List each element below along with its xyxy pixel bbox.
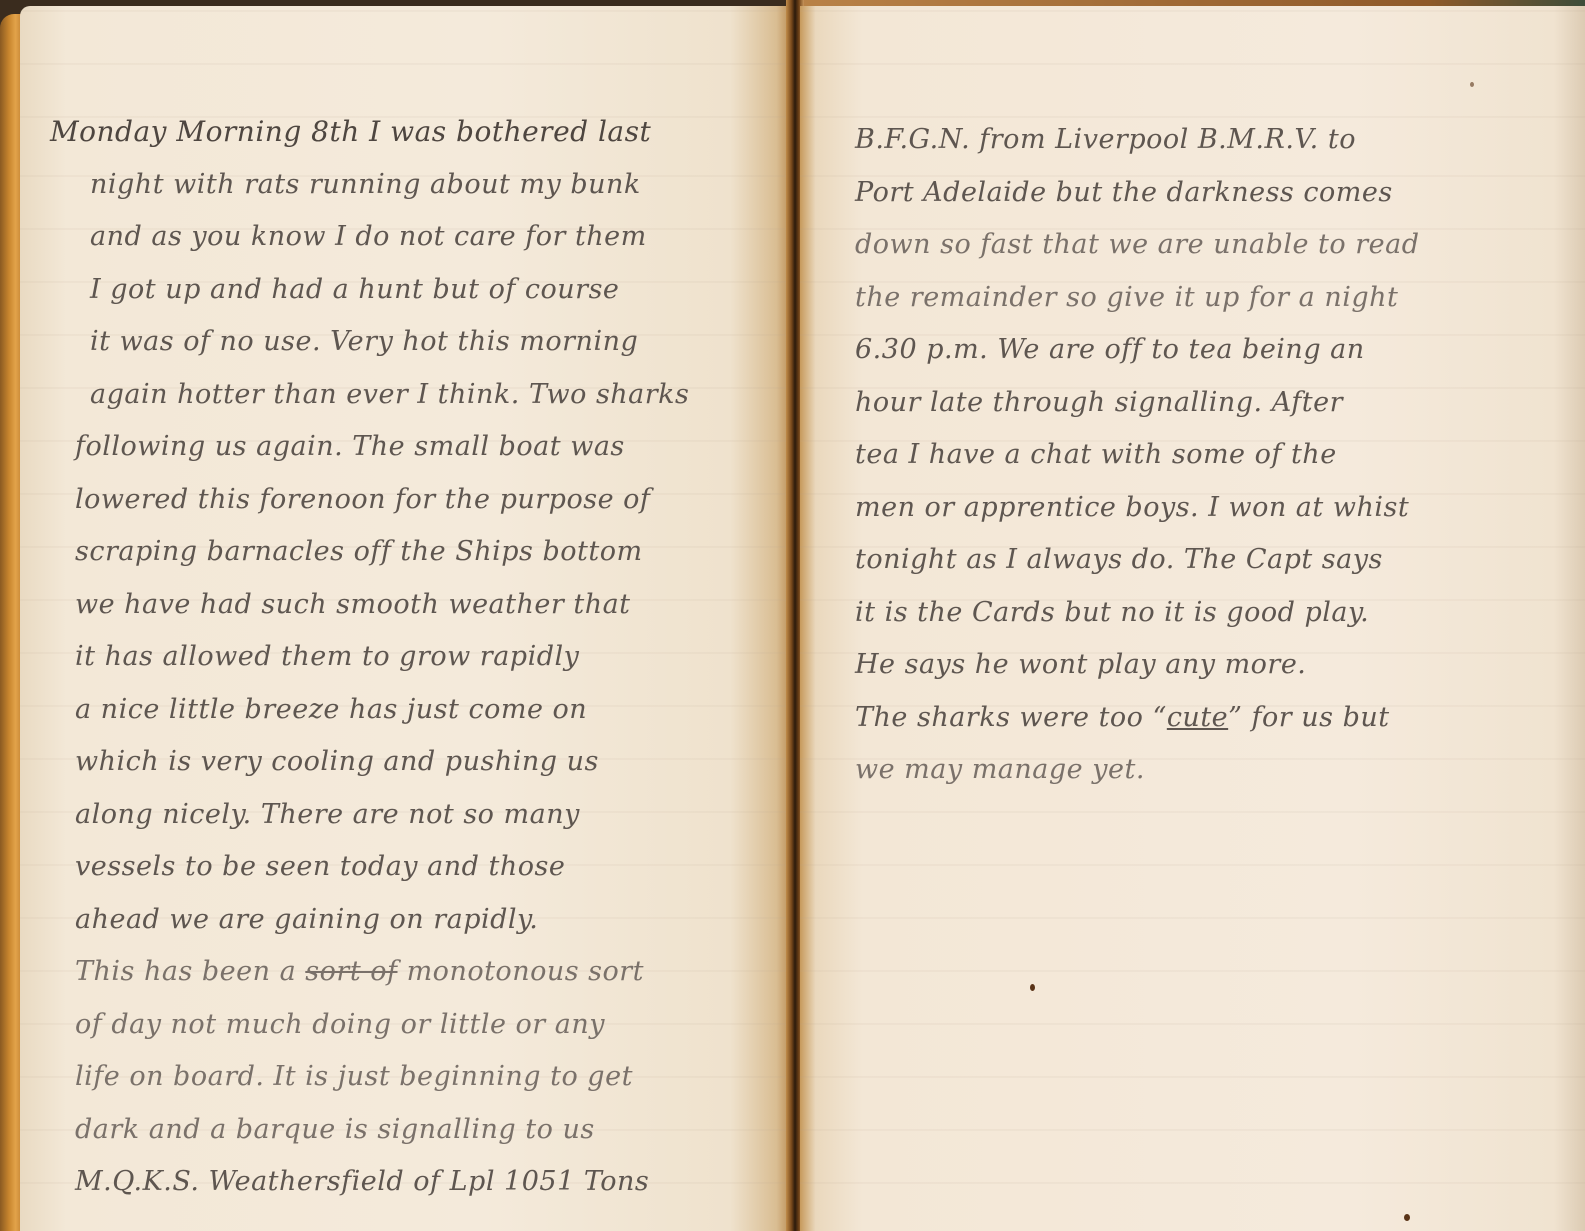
open-notebook: Monday Morning 8th I was bothered last n…	[0, 0, 1585, 1231]
diary-line: which is very cooling and pushing us	[50, 736, 785, 789]
diary-line: following us again. The small boat was	[50, 421, 785, 474]
diary-line: men or apprentice boys. I won at whist	[855, 482, 1565, 535]
underlined-text: cute	[1167, 702, 1228, 733]
diary-line: Port Adelaide but the darkness comes	[855, 167, 1565, 220]
diary-line: hour late through signalling. After	[855, 377, 1565, 430]
diary-line: night with rats running about my bunk	[50, 159, 785, 212]
diary-line: dark and a barque is signalling to us	[50, 1104, 785, 1157]
diary-line: we have had such smooth weather that	[50, 579, 785, 632]
diary-line: along nicely. There are not so many	[50, 789, 785, 842]
left-page-text: Monday Morning 8th I was bothered last n…	[50, 106, 785, 1209]
diary-line: tonight as I always do. The Capt says	[855, 534, 1565, 587]
line-text: The sharks were too “	[855, 702, 1167, 733]
diary-line: and as you know I do not care for them	[50, 211, 785, 264]
diary-line: we may manage yet.	[855, 744, 1565, 797]
diary-line: tea I have a chat with some of the	[855, 429, 1565, 482]
diary-line: lowered this forenoon for the purpose of	[50, 474, 785, 527]
diary-line: it has allowed them to grow rapidly	[50, 631, 785, 684]
line-text: monotonous sort	[398, 956, 645, 987]
diary-line: down so fast that we are unable to read	[855, 219, 1565, 272]
diary-line: M.Q.K.S. Weathersfield of Lpl 1051 Tons	[50, 1156, 785, 1209]
diary-line: a nice little breeze has just come on	[50, 684, 785, 737]
diary-line: vessels to be seen today and those	[50, 841, 785, 894]
diary-line: Monday Morning 8th I was bothered last	[50, 106, 785, 159]
diary-line-with-underline: The sharks were too “cute” for us but	[855, 692, 1565, 745]
ink-spot	[1030, 984, 1035, 991]
ink-spot	[1470, 82, 1474, 87]
diary-line: again hotter than ever I think. Two shar…	[50, 369, 785, 422]
diary-line: life on board. It is just beginning to g…	[50, 1051, 785, 1104]
diary-line-with-strikeout: This has been a sort of monotonous sort	[50, 946, 785, 999]
diary-line: ahead we are gaining on rapidly.	[50, 894, 785, 947]
diary-line: of day not much doing or little or any	[50, 999, 785, 1052]
struck-out-text: sort of	[305, 956, 397, 987]
diary-line: the remainder so give it up for a night	[855, 272, 1565, 325]
left-page: Monday Morning 8th I was bothered last n…	[20, 6, 792, 1231]
diary-line: 6.30 p.m. We are off to tea being an	[855, 324, 1565, 377]
ink-spot	[1404, 1214, 1410, 1221]
diary-line: I got up and had a hunt but of course	[50, 264, 785, 317]
diary-line: B.F.G.N. from Liverpool B.M.R.V. to	[855, 114, 1565, 167]
line-text: This has been a	[75, 956, 305, 987]
diary-line: He says he wont play any more.	[855, 639, 1565, 692]
diary-line: it is the Cards but no it is good play.	[855, 587, 1565, 640]
diary-line: it was of no use. Very hot this morning	[50, 316, 785, 369]
line-text: ” for us but	[1228, 702, 1389, 733]
right-page-text: B.F.G.N. from Liverpool B.M.R.V. to Port…	[855, 114, 1565, 797]
diary-line: scraping barnacles off the Ships bottom	[50, 526, 785, 579]
right-page: B.F.G.N. from Liverpool B.M.R.V. to Port…	[800, 6, 1585, 1231]
